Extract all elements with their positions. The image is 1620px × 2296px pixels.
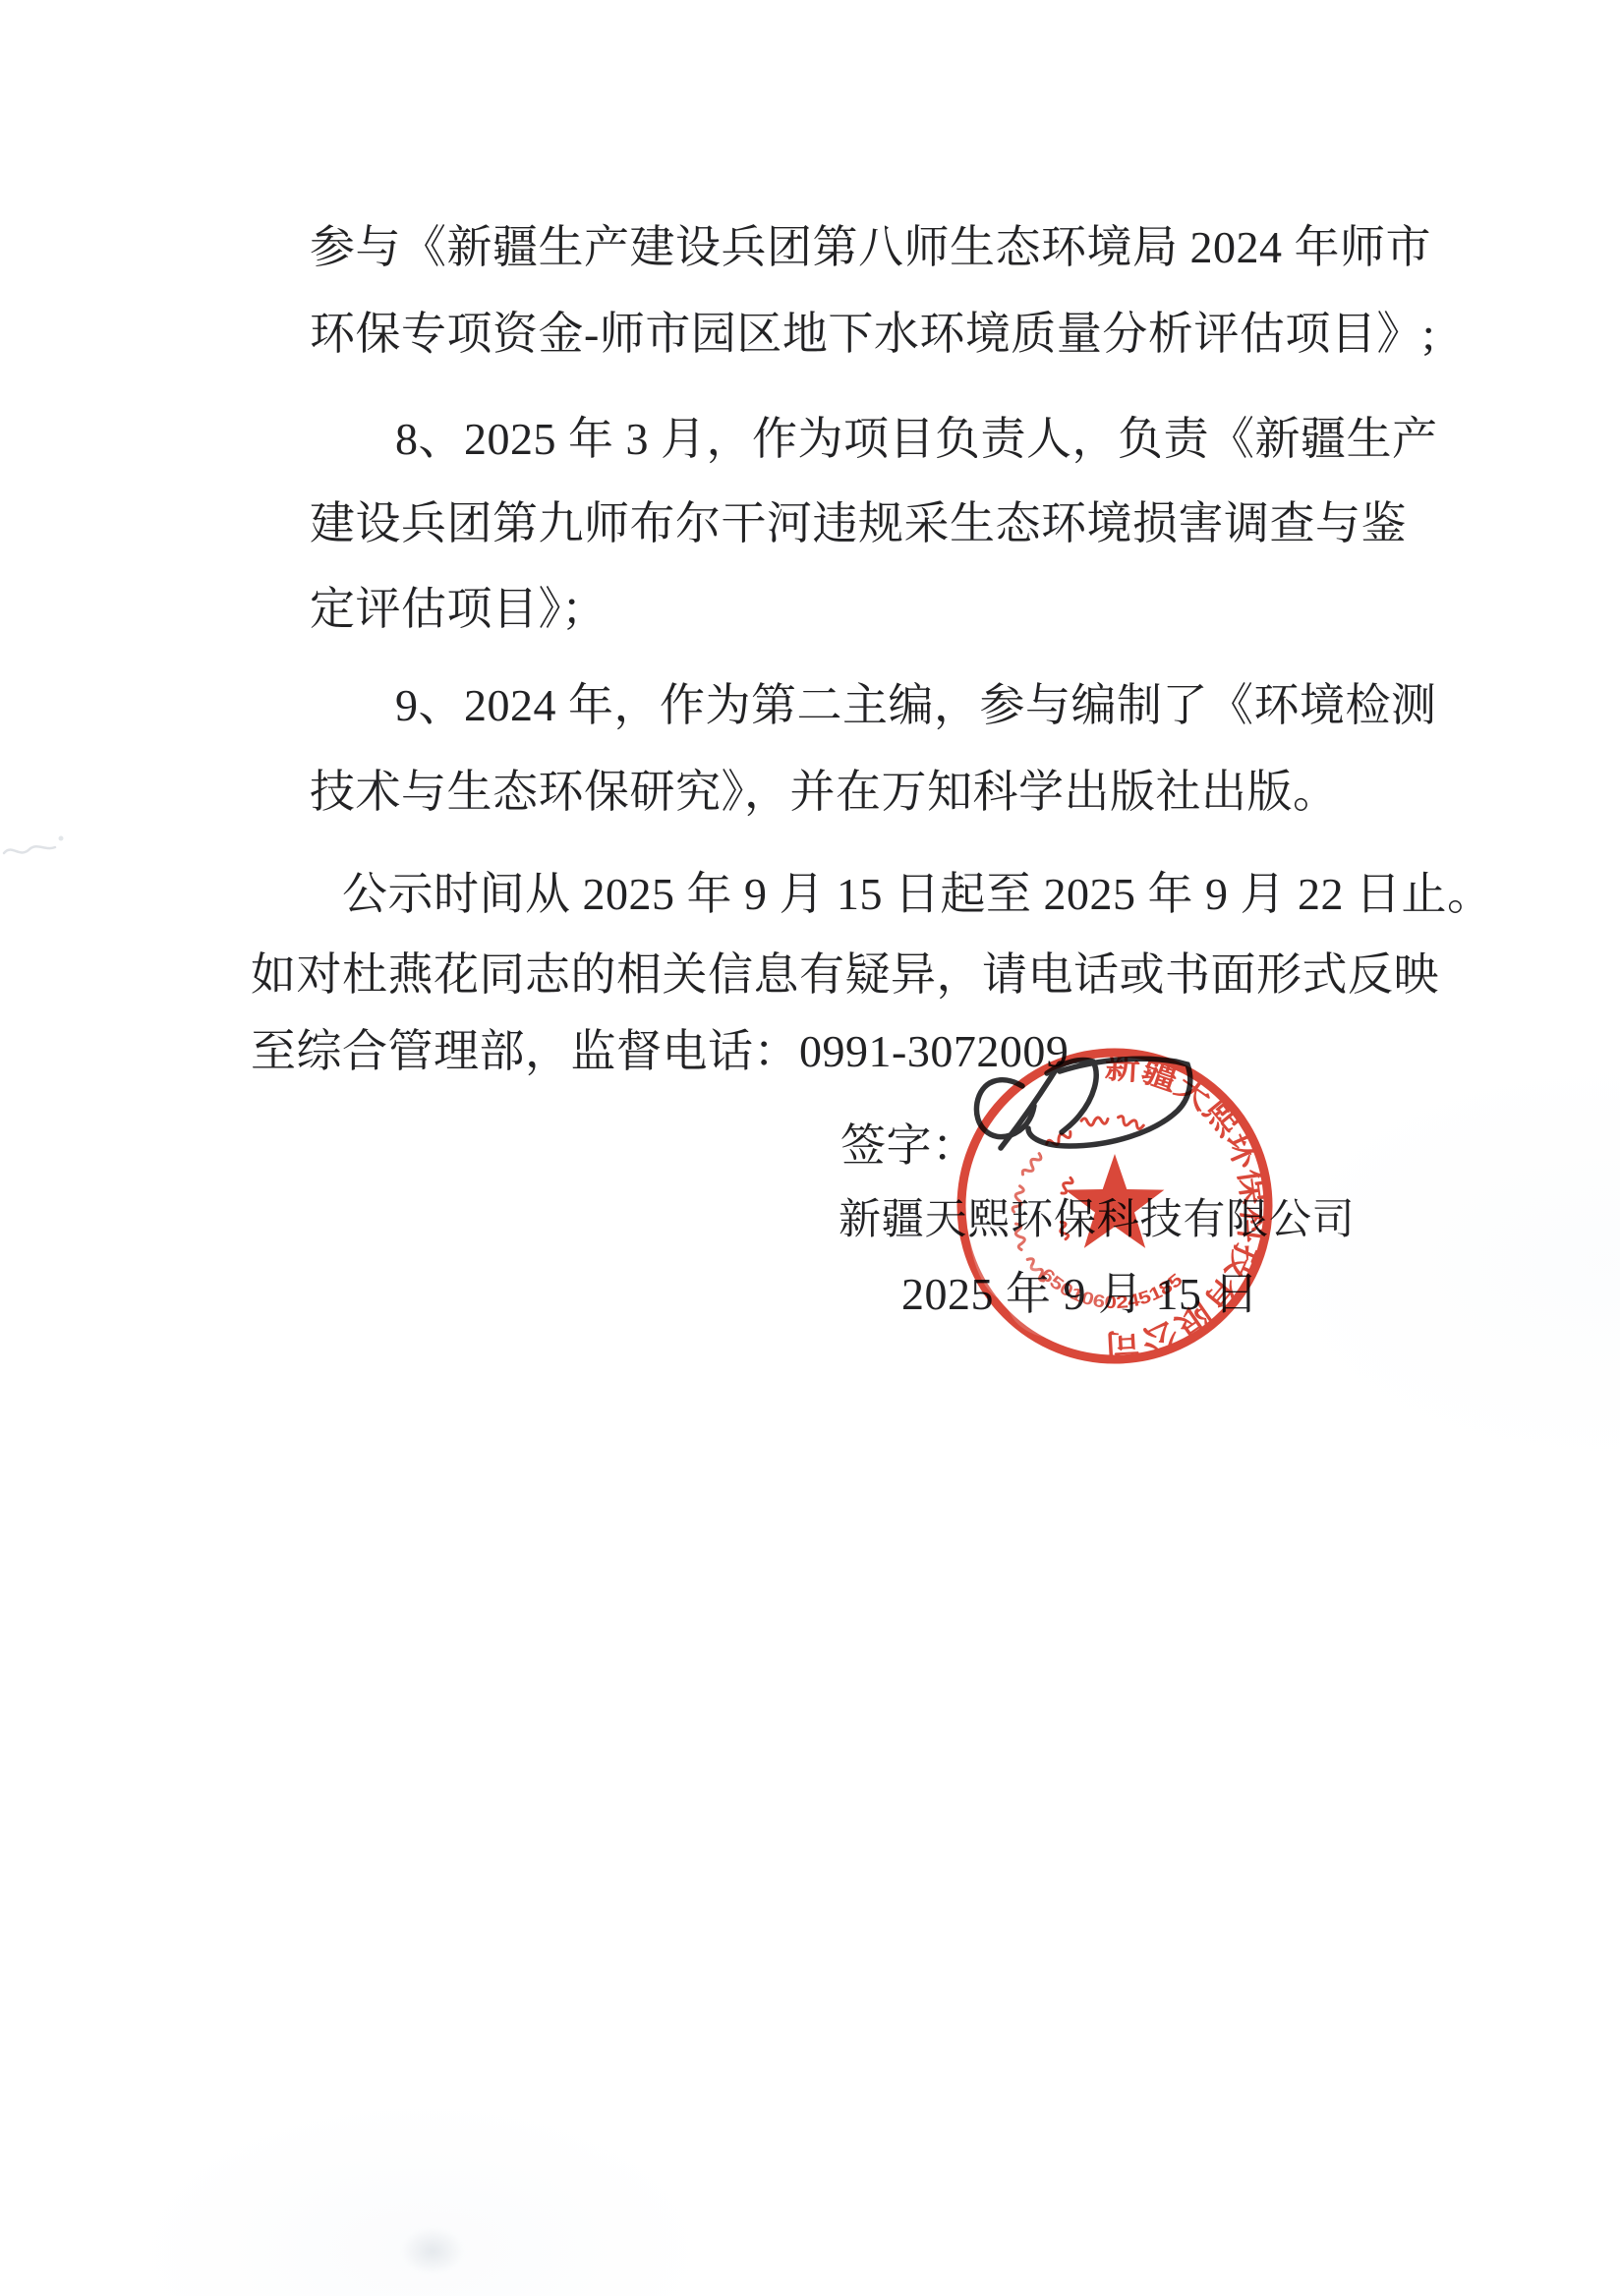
doc-line-notice-1: 公示时间从 2025 年 9 月 15 日起至 2025 年 9 月 22 日止…	[342, 865, 1493, 924]
handwritten-signature	[924, 1032, 1239, 1199]
doc-line-item7-cont-2: 环保专项资金-师市园区地下水环境质量分析评估项目》;	[310, 305, 1435, 364]
scan-smudge-bottom	[401, 2227, 464, 2274]
doc-line-item8-2: 建设兵团第九师布尔干河违规采生态环境损害调查与鉴	[310, 494, 1407, 553]
doc-line-item8-3: 定评估项目》；	[310, 580, 607, 639]
doc-line-notice-2: 如对杜燕花同志的相关信息有疑异，请电话或书面形式反映	[251, 946, 1439, 1004]
doc-line-item9-1: 9、2024 年，作为第二主编，参与编制了《环境检测	[395, 676, 1437, 735]
doc-line-item7-cont-1: 参与《新疆生产建设兵团第八师生态环境局 2024 年师市	[310, 218, 1431, 277]
seal-fade-spot	[1007, 1260, 1109, 1339]
doc-line-item9-2: 技术与生态环保研究》，并在万知科学出版社出版。	[310, 763, 1339, 822]
scanned-document-page: 参与《新疆生产建设兵团第八师生态环境局 2024 年师市 环保专项资金-师市园区…	[0, 0, 1620, 2296]
scan-smudge-left	[0, 824, 88, 879]
doc-line-item8-1: 8、2025 年 3 月，作为项目负责人，负责《新疆生产	[395, 410, 1438, 469]
